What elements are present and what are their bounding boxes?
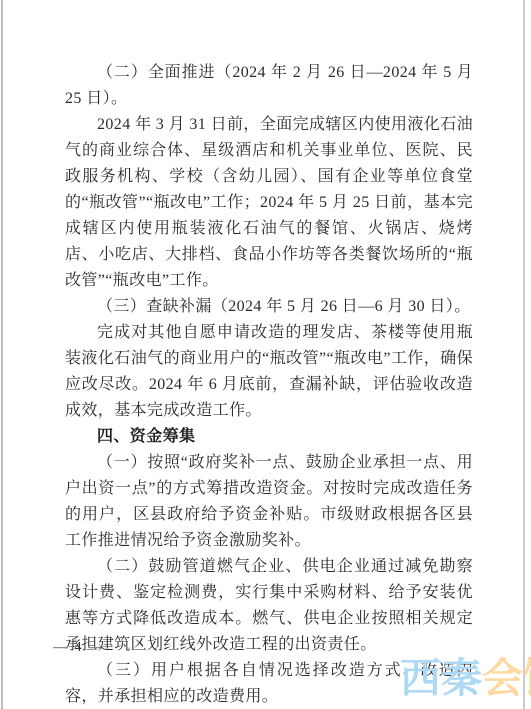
page-number: — 4 — [53,640,105,656]
subsection-heading: （二）全面推进（2024 年 2 月 26 日—2024 年 5 月 25 日）… [65,60,473,112]
scan-edge-left [1,0,3,709]
watermark-text-orange: 会馆 [482,655,531,701]
scan-edge-right [523,0,525,709]
watermark-text-blue: 西秦 [400,655,482,701]
document-body: （二）全面推进（2024 年 2 月 26 日—2024 年 5 月 25 日）… [65,60,473,709]
paragraph: 2024 年 3 月 31 日前，全面完成辖区内使用液化石油气的商业综合体、星级… [65,112,473,294]
watermark: 西秦会馆 [400,656,531,701]
document-page: （二）全面推进（2024 年 2 月 26 日—2024 年 5 月 25 日）… [0,0,531,709]
paragraph: （一）按照“政府奖补一点、鼓励企业承担一点、用户出资一点”的方式筹措改造资金。对… [65,450,473,554]
subsection-heading: （三）查缺补漏（2024 年 5 月 26 日—6 月 30 日）。 [65,294,473,320]
paragraph: （二）鼓励管道燃气企业、供电企业通过减免勘察设计费、鉴定检测费，实行集中采购材料… [65,554,473,658]
paragraph: 完成对其他自愿申请改造的理发店、茶楼等使用瓶装液化石油气的商业用户的“瓶改管”“… [65,320,473,424]
section-heading: 四、资金筹集 [65,424,473,450]
